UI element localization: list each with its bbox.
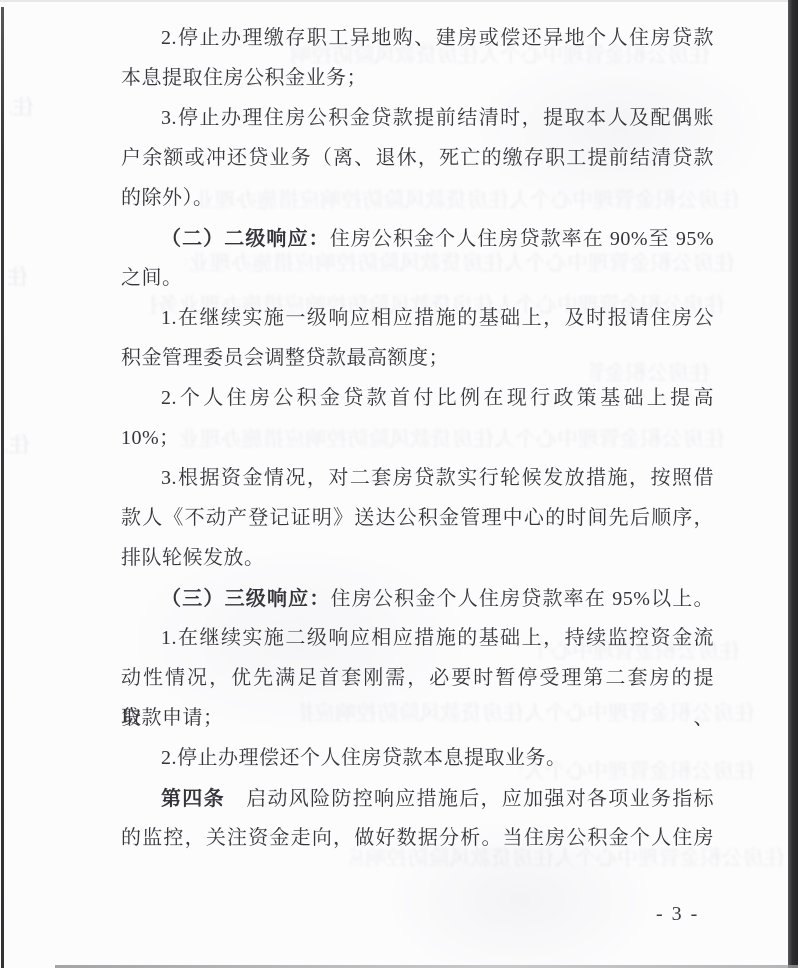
text-segment: 本息提取住房公积金业务； [121,67,367,89]
text-segment: 住房公积金个人住房贷款率在 90%至 95% [330,228,714,250]
text-line: 1.在继续实施二级响应相应措施的基础上，持续监控资金流 [121,618,714,658]
text-segment: 2.停止办理缴存职工异地购、建房或偿还异地个人住房贷款 [161,27,714,49]
text-line: 3.停止办理住房公积金贷款提前结清时，提取本人及配偶账 [121,98,714,138]
text-line: 本息提取住房公积金业务； [121,58,714,98]
text-segment: 贷款申请； [121,707,224,729]
text-line: 户余额或冲还贷业务（离、退休，死亡的缴存职工提前结清贷款 [121,138,714,178]
text-line: 款人《不动产登记证明》送达公积金管理中心的时间先后顺序， [121,498,714,538]
text-line: 的除外）。 [121,178,714,218]
text-segment: 户余额或冲还贷业务（离、退休，死亡的缴存职工提前结清贷款 [121,147,714,169]
text-line: 10%； [121,418,714,458]
bleedthrough-mark: 住房公积金管理中心个人住房贷款风险防控响应措施办理业务提取资金轮候发放申请监控指… [6,430,30,460]
text-line: 的监控，关注资金走向，做好数据分析。当住房公积金个人住房 [121,818,714,858]
document-body: 2.停止办理缴存职工异地购、建房或偿还异地个人住房贷款本息提取住房公积金业务；3… [121,18,714,858]
scan-edge-left [1,7,4,968]
text-segment: 积金管理委员会调整贷款最高额度； [121,347,449,369]
text-segment: 启动风险防控响应措施后，应加强对各项业务指标 [225,788,714,810]
heading-segment: 第四条 [161,786,225,810]
text-segment: 3.根据资金情况，对二套房贷款实行轮候发放措施，按照借 [161,467,714,489]
text-segment: 的除外）。 [121,187,214,209]
text-segment: 1.在继续实施一级响应相应措施的基础上，及时报请住房公 [161,307,714,329]
text-line: 积金管理委员会调整贷款最高额度； [121,338,714,378]
text-segment: 2.停止办理偿还个人住房贷款本息提取业务。 [161,747,567,769]
text-segment: 3.停止办理住房公积金贷款提前结清时，提取本人及配偶账 [161,107,714,129]
text-line: 1.在继续实施一级响应相应措施的基础上，及时报请住房公 [121,298,714,338]
scan-edge-top [0,0,798,2]
text-segment: 10%； [121,427,180,449]
text-segment: 款人《不动产登记证明》送达公积金管理中心的时间先后顺序， [121,507,714,529]
text-line: 2.停止办理缴存职工异地购、建房或偿还异地个人住房贷款 [121,18,714,58]
text-segment: 排队轮候发放。 [121,547,265,569]
scanned-document-page: { "page": { "number_label": "- 3 -", "co… [0,0,798,968]
text-line: （二）二级响应：住房公积金个人住房贷款率在 90%至 95% [121,218,714,258]
text-segment: 1.在继续实施二级响应相应措施的基础上，持续监控资金流 [161,627,714,649]
scan-edge-right [788,0,798,968]
text-line: 第四条 启动风险防控响应措施后，应加强对各项业务指标 [121,778,714,818]
text-line: 之间。 [121,258,714,298]
text-line: 2.停止办理偿还个人住房贷款本息提取业务。 [121,738,714,778]
bleedthrough-mark: 住房公积金管理中心个人住房贷款风险防控响应措施办理业务提取资金轮候发放申请监控指… [8,262,28,292]
heading-segment: （三）三级响应： [161,586,331,610]
bleedthrough-mark: 住房公积金管理中心个人住房贷款风险防控响应措施办理业务提取资金轮候发放申请监控指… [10,92,34,122]
text-segment: 的监控，关注资金走向，做好数据分析。当住房公积金个人住房 [121,827,714,849]
text-segment: 住房公积金个人住房贷款率在 95%以上。 [331,588,714,610]
text-segment: 2.个人住房公积金贷款首付比例在现行政策基础上提高 [161,387,714,409]
text-line: （三）三级响应：住房公积金个人住房贷款率在 95%以上。 [121,578,714,618]
text-segment: 之间。 [121,267,183,289]
text-line: 3.根据资金情况，对二套房贷款实行轮候发放措施，按照借 [121,458,714,498]
text-line: 排队轮候发放。 [121,538,714,578]
page-number: - 3 - [656,903,699,926]
heading-segment: （二）二级响应： [161,226,330,250]
text-line: 2.个人住房公积金贷款首付比例在现行政策基础上提高 [121,378,714,418]
text-line: 动性情况，优先满足首套刚需，必要时暂停受理第二套房的提取、 [121,658,714,698]
